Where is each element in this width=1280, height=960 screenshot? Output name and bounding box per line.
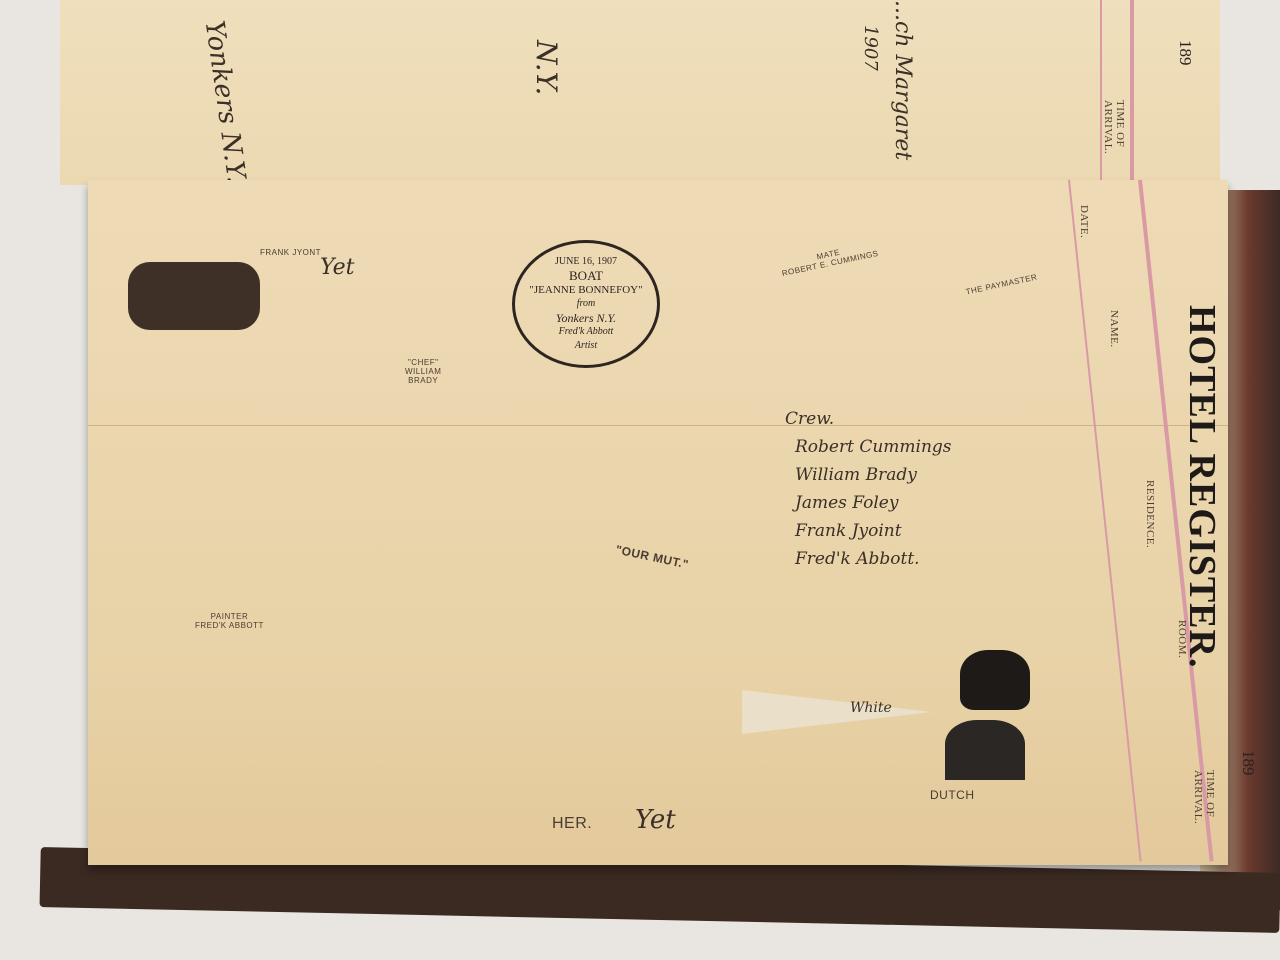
register-title: HOTEL REGISTER. — [1180, 305, 1224, 668]
year-prefix-top: 189 — [1175, 40, 1195, 66]
circle-artist-name: Fred'k Abbott — [515, 325, 657, 339]
handwriting-ny: N.Y. — [530, 40, 563, 95]
frank-label: FRANK JYONT — [260, 248, 321, 257]
painter-label: PAINTERFRED'K ABBOTT — [195, 612, 264, 630]
crew-member: Fred'k Abbott. — [795, 545, 952, 573]
circle-yonkers: Yonkers N.Y. — [515, 311, 657, 325]
circle-artist: Artist — [515, 339, 657, 353]
column-time-of-arrival: TIME OF ARRIVAL. — [1192, 770, 1216, 865]
circle-date: JUNE 16, 1907 — [515, 255, 657, 269]
yet-scribble: Yet — [320, 255, 354, 280]
yet-scribble-bottom: Yet — [635, 805, 676, 835]
ruled-line — [88, 425, 1228, 426]
chef-label: "CHEF"WILLIAMBRADY — [405, 358, 441, 385]
pink-rule — [1068, 180, 1142, 861]
crew-member: James Foley — [795, 489, 952, 517]
dutch-silhouette-body — [945, 720, 1025, 780]
handwriting-yonkers: Yonkers N.Y. — [199, 19, 252, 186]
crew-member: Robert Cummings — [795, 433, 952, 461]
circle-boat: BOAT — [515, 269, 657, 283]
her-label: HER. — [552, 815, 592, 833]
pennant-drawing — [742, 690, 932, 734]
column-residence: RESIDENCE. — [1144, 480, 1156, 548]
barrel-drawing — [128, 262, 260, 330]
column-name: NAME. — [1108, 310, 1120, 348]
previous-page: Yonkers N.Y. N.Y. ...ch Margaret 1907 TI… — [60, 0, 1220, 185]
column-time-of-arrival-top: TIME OF ARRIVAL. — [1102, 100, 1126, 185]
handwriting-year: 1907 — [860, 25, 881, 71]
circle-from: from — [515, 297, 657, 311]
crew-member: Frank Jyoint — [795, 517, 952, 545]
dutch-silhouette-head — [960, 650, 1030, 710]
boat-drum-drawing: JUNE 16, 1907 BOAT "JEANNE BONNEFOY" fro… — [512, 240, 660, 368]
handwriting-margaret: ...ch Margaret — [890, 0, 915, 160]
crew-heading: Crew. — [785, 405, 952, 433]
column-date: DATE. — [1078, 205, 1090, 238]
pennant-label: White — [850, 700, 892, 716]
crew-list: Crew. Robert Cummings William Brady Jame… — [795, 405, 952, 573]
crew-member: William Brady — [795, 461, 952, 489]
circle-boat-name: "JEANNE BONNEFOY" — [515, 283, 657, 297]
pink-rule — [1130, 0, 1134, 185]
dutch-label: DUTCH — [930, 788, 975, 802]
year-prefix: 189 — [1238, 750, 1258, 776]
